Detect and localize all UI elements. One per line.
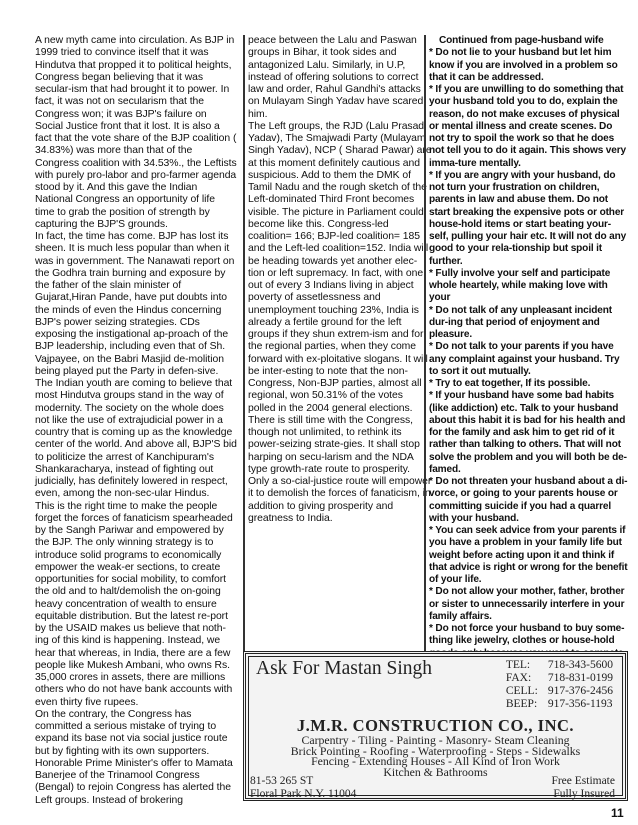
advice-item: * If you are unwilling to do something t… <box>429 84 629 170</box>
ad-phone-row: TEL: 718-343-5600 <box>506 659 613 672</box>
ad-phone-row: BEEP: 917-356-1193 <box>506 698 613 711</box>
ad-term: Fully Insured <box>551 788 615 801</box>
phone-number: 917-356-1193 <box>548 698 613 711</box>
construction-advertisement: Ask For Mastan Singh TEL: 718-343-5600 F… <box>243 651 628 801</box>
ad-terms: Free Estimate Fully Insured <box>551 775 615 801</box>
phone-number: 718-343-5600 <box>548 659 613 672</box>
advice-column: Continued from page-husband wife * Do no… <box>429 35 629 721</box>
article-column-2: peace between the Lalu and Paswan groups… <box>248 35 432 525</box>
phone-label: TEL: <box>506 659 548 672</box>
ad-address-line: 81-53 265 ST <box>250 775 356 788</box>
advice-item: * Fully involve your self and participat… <box>429 268 629 305</box>
advice-item: * Do not talk of any unpleasant incident… <box>429 305 629 342</box>
advice-item: * If you are angry with your husband, do… <box>429 170 629 268</box>
ad-term: Free Estimate <box>551 775 615 788</box>
paragraph: This is the right time to make the peopl… <box>35 501 237 709</box>
ad-phone-row: FAX: 718-831-0199 <box>506 672 613 685</box>
paragraph: The Left groups, the RJD (Lalu Prasad Ya… <box>248 121 432 415</box>
ad-phone-list: TEL: 718-343-5600 FAX: 718-831-0199 CELL… <box>506 659 613 711</box>
ad-services: Carpentry - Tiling - Painting - Masonry-… <box>246 735 625 777</box>
paragraph: There is still time with the Congress, t… <box>248 415 432 525</box>
phone-number: 917-376-2456 <box>548 685 613 698</box>
advice-item: * Do not talk to your parents if you hav… <box>429 341 629 378</box>
page-number: 11 <box>611 806 624 820</box>
ad-address-line: Floral Park N.Y. 11004 <box>250 788 356 801</box>
paragraph: In fact, the time has come. BJP has lost… <box>35 231 237 501</box>
paragraph: On the contrary, the Congress has commit… <box>35 709 237 807</box>
ad-contact-person: Ask For Mastan Singh <box>256 658 432 680</box>
article-column-1: A new myth came into circulation. As BJP… <box>35 35 237 807</box>
phone-label: CELL: <box>506 685 548 698</box>
advice-item: * You can seek advice from your parents … <box>429 525 629 586</box>
phone-number: 718-831-0199 <box>548 672 613 685</box>
phone-label: BEEP: <box>506 698 548 711</box>
advice-item: * Try to eat together, If its possible. <box>429 378 629 390</box>
ad-address: 81-53 265 ST Floral Park N.Y. 11004 <box>250 775 356 801</box>
advice-item: * If your husband have some bad habits (… <box>429 390 629 476</box>
column-divider <box>424 35 426 651</box>
advice-item: * Do not allow your mother, father, brot… <box>429 586 629 623</box>
paragraph: A new myth came into circulation. As BJP… <box>35 35 237 231</box>
paragraph: peace between the Lalu and Paswan groups… <box>248 35 432 121</box>
ad-phone-row: CELL: 917-376-2456 <box>506 685 613 698</box>
phone-label: FAX: <box>506 672 548 685</box>
continued-heading: Continued from page-husband wife <box>429 35 629 47</box>
advice-item: * Do not lie to your husband but let him… <box>429 47 629 84</box>
advice-item: * Do not threaten your husband about a d… <box>429 476 629 525</box>
